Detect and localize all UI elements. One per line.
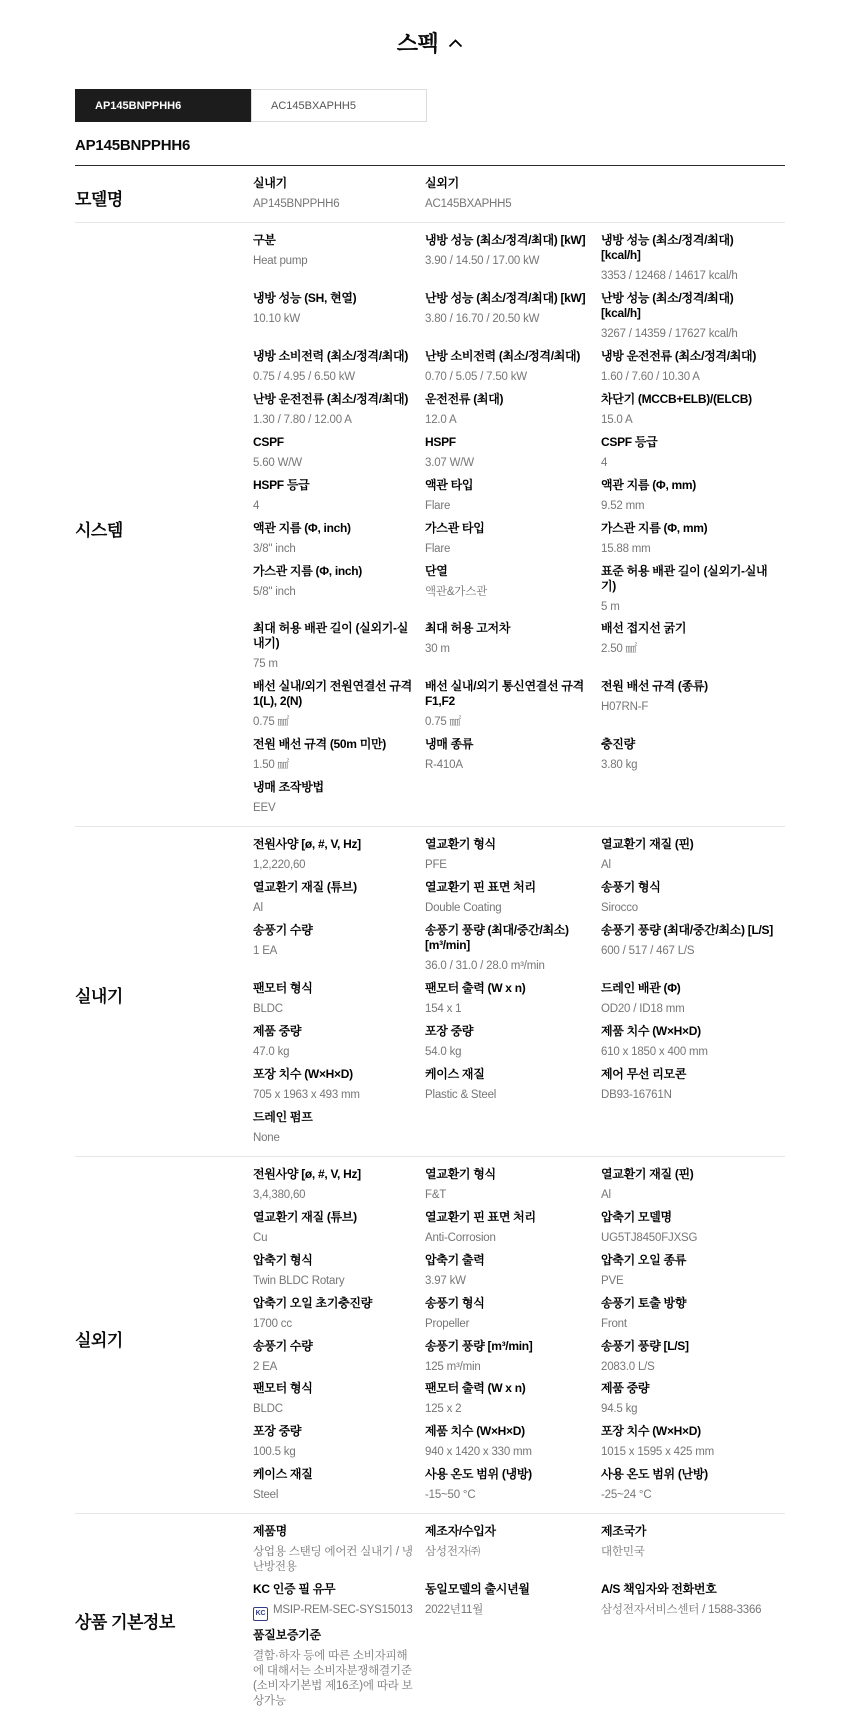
spec-item-label: 열교환기 형식 — [425, 837, 591, 852]
spec-item-value: 47.0 kg — [253, 1045, 415, 1060]
spec-item: 전원 배선 규격 (종류)H07RN-F — [601, 679, 785, 715]
spec-item-value: Al — [601, 1188, 775, 1203]
spec-item: 배선 실내/외기 통신연결선 규격 F1,F20.75 ㎟ — [425, 679, 601, 730]
spec-item: 송풍기 형식Sirocco — [601, 880, 785, 916]
spec-item-value: KCMSIP-REM-SEC-SYS15013 — [253, 1603, 415, 1621]
spec-item: 액관 타입Flare — [425, 478, 601, 514]
spec-item: 사용 온도 범위 (난방)-25~24 °C — [601, 1467, 785, 1503]
chevron-up-icon — [448, 35, 463, 53]
spec-item-value: 0.75 / 4.95 / 6.50 kW — [253, 370, 415, 385]
spec-item-value: AP145BNPPHH6 — [253, 197, 415, 212]
spec-item-value: 4 — [253, 499, 415, 514]
tab-ap145bnpphh6[interactable]: AP145BNPPHH6 — [75, 89, 251, 122]
spec-item: 운전전류 (최대)12.0 A — [425, 392, 601, 428]
spec-item-value: 2 EA — [253, 1360, 415, 1375]
spec-item: 사용 온도 범위 (냉방)-15~50 °C — [425, 1467, 601, 1503]
spec-item-value: 2022년11월 — [425, 1603, 591, 1618]
spec-item-value: UG5TJ8450FJXSG — [601, 1231, 775, 1246]
spec-item-value: 대한민국 — [601, 1545, 775, 1560]
spec-item: 난방 소비전력 (최소/정격/최대)0.70 / 5.05 / 7.50 kW — [425, 349, 601, 385]
spec-item: 냉방 성능 (최소/정격/최대) [kW]3.90 / 14.50 / 17.0… — [425, 233, 601, 269]
spec-item-label: 압축기 오일 종류 — [601, 1253, 775, 1268]
spec-item-value: 3353 / 12468 / 14617 kcal/h — [601, 269, 775, 284]
spec-item-label: HSPF — [425, 435, 591, 450]
spec-item-value: 3.90 / 14.50 / 17.00 kW — [425, 254, 591, 269]
spec-item: 압축기 오일 종류PVE — [601, 1253, 785, 1289]
spec-item: 충진량3.80 kg — [601, 737, 785, 773]
spec-item-label: 제품 치수 (W×H×D) — [425, 1424, 591, 1439]
section-label: 실내기 — [75, 982, 253, 1007]
spec-item-value: Cu — [253, 1231, 415, 1246]
spec-item: 냉방 소비전력 (최소/정격/최대)0.75 / 4.95 / 6.50 kW — [253, 349, 425, 385]
spec-item-value: 1.30 / 7.80 / 12.00 A — [253, 413, 415, 428]
spec-item-label: 품질보증기준 — [253, 1628, 415, 1643]
spec-item-label: 가스관 지름 (Φ, inch) — [253, 564, 415, 579]
section-grid: 실내기AP145BNPPHH6실외기AC145BXAPHH5 — [253, 176, 785, 219]
spec-title: 스펙 — [397, 27, 439, 58]
spec-content: AP145BNPPHH6 AC145BXAPHH5 AP145BNPPHH6 모… — [75, 89, 785, 1719]
spec-item-label: 충진량 — [601, 737, 775, 752]
spec-item-value: 1 EA — [253, 944, 415, 959]
spec-item-label: 송풍기 수량 — [253, 923, 415, 938]
spec-item-label: 송풍기 형식 — [601, 880, 775, 895]
spec-item-label: 압축기 오일 초기충진량 — [253, 1296, 415, 1311]
spec-item: HSPF 등급4 — [253, 478, 425, 514]
spec-item-value: 2083.0 L/S — [601, 1360, 775, 1375]
spec-item-empty — [425, 1628, 601, 1638]
spec-item-label: 송풍기 풍량 (최대/중간/최소) [m³/min] — [425, 923, 591, 953]
spec-item-value: 0.75 ㎟ — [253, 715, 415, 730]
spec-item-label: CSPF — [253, 435, 415, 450]
spec-item-value: 30 m — [425, 642, 591, 657]
spec-item: 냉매 종류R-410A — [425, 737, 601, 773]
spec-item-label: 액관 지름 (Φ, mm) — [601, 478, 775, 493]
spec-page: 스펙 AP145BNPPHH6 AC145BXAPHH5 AP145BNPPHH… — [0, 0, 860, 1719]
spec-item-label: 제조자/수입자 — [425, 1524, 591, 1539]
spec-item-value: BLDC — [253, 1002, 415, 1017]
spec-item-value: Front — [601, 1317, 775, 1332]
spec-item-value: 1015 x 1595 x 425 mm — [601, 1445, 775, 1460]
spec-item-value: 3/8" inch — [253, 542, 415, 557]
spec-item-label: 액관 지름 (Φ, inch) — [253, 521, 415, 536]
spec-item-label: 케이스 재질 — [425, 1067, 591, 1082]
spec-item-value: 삼성전자㈜ — [425, 1545, 591, 1560]
spec-item-value: 결함·하자 등에 따른 소비자피해에 대해서는 소비자분쟁해결기준(소비자기본법… — [253, 1649, 415, 1709]
spec-item-value: 610 x 1850 x 400 mm — [601, 1045, 775, 1060]
spec-item-value: 5.60 W/W — [253, 456, 415, 471]
spec-item-value: 600 / 517 / 467 L/S — [601, 944, 775, 959]
spec-item-value: None — [253, 1131, 415, 1146]
spec-item-label: HSPF 등급 — [253, 478, 415, 493]
spec-item: CSPF 등급4 — [601, 435, 785, 471]
spec-item: KC 인증 필 유무KCMSIP-REM-SEC-SYS15013 — [253, 1582, 425, 1621]
spec-item: 드레인 펌프None — [253, 1110, 425, 1146]
spec-item-value: 10.10 kW — [253, 312, 415, 327]
spec-item: 냉방 성능 (최소/정격/최대) [kcal/h]3353 / 12468 / … — [601, 233, 785, 284]
spec-item: 포장 중량54.0 kg — [425, 1024, 601, 1060]
spec-item-value: 1,2,220,60 — [253, 858, 415, 873]
spec-item-label: 구분 — [253, 233, 415, 248]
spec-item-label: 포장 치수 (W×H×D) — [601, 1424, 775, 1439]
spec-item: 난방 성능 (최소/정격/최대) [kcal/h]3267 / 14359 / … — [601, 291, 785, 342]
section-label: 모델명 — [75, 185, 253, 210]
spec-item-value: 상업용 스탠딩 에어컨 실내기 / 냉난방전용 — [253, 1545, 415, 1575]
spec-section: 모델명실내기AP145BNPPHH6실외기AC145BXAPHH5 — [75, 166, 785, 223]
spec-item-label: 액관 타입 — [425, 478, 591, 493]
spec-item: 케이스 재질Plastic & Steel — [425, 1067, 601, 1103]
spec-item-label: 송풍기 토출 방향 — [601, 1296, 775, 1311]
spec-item: 열교환기 재질 (핀)Al — [601, 837, 785, 873]
spec-item-label: 가스관 타입 — [425, 521, 591, 536]
spec-item-value: 1.60 / 7.60 / 10.30 A — [601, 370, 775, 385]
spec-item: HSPF3.07 W/W — [425, 435, 601, 471]
spec-item-value: 100.5 kg — [253, 1445, 415, 1460]
spec-item-label: 전원 배선 규격 (종류) — [601, 679, 775, 694]
spec-item: 열교환기 형식F&T — [425, 1167, 601, 1203]
spec-item-label: 송풍기 풍량 [m³/min] — [425, 1339, 591, 1354]
spec-item: 가스관 지름 (Φ, inch)5/8" inch — [253, 564, 425, 600]
spec-item-label: A/S 책임자와 전화번호 — [601, 1582, 775, 1597]
spec-item-label: 열교환기 재질 (튜브) — [253, 880, 415, 895]
spec-item-value: 36.0 / 31.0 / 28.0 m³/min — [425, 959, 591, 974]
spec-item-label: 압축기 모델명 — [601, 1210, 775, 1225]
spec-item: 열교환기 핀 표면 처리Double Coating — [425, 880, 601, 916]
kc-certification-icon: KC — [253, 1607, 268, 1621]
spec-item: 전원사양 [ø, #, V, Hz]3,4,380,60 — [253, 1167, 425, 1203]
spec-item-label: 실외기 — [425, 176, 591, 191]
spec-item-label: 냉매 조작방법 — [253, 780, 415, 795]
spec-section: 실내기전원사양 [ø, #, V, Hz]1,2,220,60열교환기 형식PF… — [75, 827, 785, 1157]
spec-item: 팬모터 출력 (W x n)154 x 1 — [425, 981, 601, 1017]
spec-item-label: 가스관 지름 (Φ, mm) — [601, 521, 775, 536]
spec-item-label: 냉방 성능 (최소/정격/최대) [kcal/h] — [601, 233, 775, 263]
spec-item-label: 압축기 출력 — [425, 1253, 591, 1268]
spec-item-label: 냉매 종류 — [425, 737, 591, 752]
spec-item-empty — [601, 780, 785, 790]
spec-item-value: 5 m — [601, 600, 775, 615]
spec-item-empty — [601, 176, 785, 186]
spec-item: 냉방 성능 (SH, 현열)10.10 kW — [253, 291, 425, 327]
spec-item-value: 94.5 kg — [601, 1402, 775, 1417]
spec-item: 송풍기 풍량 (최대/중간/최소) [L/S]600 / 517 / 467 L… — [601, 923, 785, 959]
spec-item-label: 동일모델의 출시년월 — [425, 1582, 591, 1597]
spec-item-value: Al — [253, 901, 415, 916]
spec-item-value: OD20 / ID18 mm — [601, 1002, 775, 1017]
spec-item-value: 54.0 kg — [425, 1045, 591, 1060]
spec-item-value: PVE — [601, 1274, 775, 1289]
spec-item-label: 운전전류 (최대) — [425, 392, 591, 407]
spec-section: 시스템구분Heat pump냉방 성능 (최소/정격/최대) [kW]3.90 … — [75, 223, 785, 827]
spec-item-value: 3.80 kg — [601, 758, 775, 773]
spec-item: 케이스 재질Steel — [253, 1467, 425, 1503]
section-grid: 제품명상업용 스탠딩 에어컨 실내기 / 냉난방전용제조자/수입자삼성전자㈜제조… — [253, 1524, 785, 1716]
spec-item: 전원 배선 규격 (50m 미만)1.50 ㎟ — [253, 737, 425, 773]
spec-item: 실내기AP145BNPPHH6 — [253, 176, 425, 212]
spec-item-value: 15.88 mm — [601, 542, 775, 557]
spec-item-label: 팬모터 출력 (W x n) — [425, 981, 591, 996]
spec-sections: 모델명실내기AP145BNPPHH6실외기AC145BXAPHH5시스템구분He… — [75, 166, 785, 1719]
spec-item-label: 난방 소비전력 (최소/정격/최대) — [425, 349, 591, 364]
spec-item: 냉방 운전전류 (최소/정격/최대)1.60 / 7.60 / 10.30 A — [601, 349, 785, 385]
spec-item: 송풍기 토출 방향Front — [601, 1296, 785, 1332]
spec-item-label: 난방 운전전류 (최소/정격/최대) — [253, 392, 415, 407]
spec-item-value: 0.75 ㎟ — [425, 715, 591, 730]
spec-item-empty — [601, 1110, 785, 1120]
spec-item: CSPF5.60 W/W — [253, 435, 425, 471]
spec-item: 실외기AC145BXAPHH5 — [425, 176, 601, 212]
spec-item-value: -15~50 °C — [425, 1488, 591, 1503]
spec-item-value: 3.80 / 16.70 / 20.50 kW — [425, 312, 591, 327]
spec-item-value: Twin BLDC Rotary — [253, 1274, 415, 1289]
spec-item-label: 열교환기 재질 (핀) — [601, 837, 775, 852]
spec-item-value: 3.97 kW — [425, 1274, 591, 1289]
spec-item: 열교환기 재질 (튜브)Al — [253, 880, 425, 916]
spec-item-label: 압축기 형식 — [253, 1253, 415, 1268]
spec-item-value: -25~24 °C — [601, 1488, 775, 1503]
spec-item: 제조국가대한민국 — [601, 1524, 785, 1560]
spec-item-value: 125 m³/min — [425, 1360, 591, 1375]
spec-item-label: 제조국가 — [601, 1524, 775, 1539]
spec-item-label: 배선 접지선 굵기 — [601, 621, 775, 636]
spec-item-value: 125 x 2 — [425, 1402, 591, 1417]
spec-item: 표준 허용 배관 길이 (실외기-실내기)5 m — [601, 564, 785, 615]
spec-item-value: DB93-16761N — [601, 1088, 775, 1103]
spec-item-value: Flare — [425, 499, 591, 514]
spec-item: 압축기 모델명UG5TJ8450FJXSG — [601, 1210, 785, 1246]
spec-item-value: 삼성전자서비스센터 / 1588-3366 — [601, 1603, 775, 1618]
spec-item-value: Steel — [253, 1488, 415, 1503]
spec-item-value: R-410A — [425, 758, 591, 773]
spec-item: 제품명상업용 스탠딩 에어컨 실내기 / 냉난방전용 — [253, 1524, 425, 1575]
spec-item: 난방 성능 (최소/정격/최대) [kW]3.80 / 16.70 / 20.5… — [425, 291, 601, 327]
spec-item-value: 액관&가스관 — [425, 585, 591, 600]
spec-accordion-toggle[interactable]: 스펙 — [0, 0, 860, 58]
spec-item-label: 배선 실내/외기 통신연결선 규격 F1,F2 — [425, 679, 591, 709]
spec-item: 압축기 출력3.97 kW — [425, 1253, 601, 1289]
spec-item-label: 배선 실내/외기 전원연결선 규격1(L), 2(N) — [253, 679, 415, 709]
spec-item-label: 포장 중량 — [253, 1424, 415, 1439]
spec-item-value: Flare — [425, 542, 591, 557]
spec-item-label: 열교환기 핀 표면 처리 — [425, 1210, 591, 1225]
spec-item-label: 차단기 (MCCB+ELB)/(ELCB) — [601, 392, 775, 407]
spec-item-label: 팬모터 출력 (W x n) — [425, 1381, 591, 1396]
spec-item-label: 냉방 성능 (SH, 현열) — [253, 291, 415, 306]
spec-item-label: 팬모터 형식 — [253, 1381, 415, 1396]
spec-item-label: 송풍기 풍량 (최대/중간/최소) [L/S] — [601, 923, 775, 938]
spec-item: 제품 중량94.5 kg — [601, 1381, 785, 1417]
spec-item-value: 2.50 ㎟ — [601, 642, 775, 657]
spec-item-label: 제품명 — [253, 1524, 415, 1539]
spec-item-value: Propeller — [425, 1317, 591, 1332]
spec-item: A/S 책임자와 전화번호삼성전자서비스센터 / 1588-3366 — [601, 1582, 785, 1618]
spec-item: 열교환기 핀 표면 처리Anti-Corrosion — [425, 1210, 601, 1246]
spec-item-label: 열교환기 형식 — [425, 1167, 591, 1182]
spec-item: 전원사양 [ø, #, V, Hz]1,2,220,60 — [253, 837, 425, 873]
spec-item-value: 4 — [601, 456, 775, 471]
spec-item-label: 단열 — [425, 564, 591, 579]
spec-item: 압축기 오일 초기충진량1700 cc — [253, 1296, 425, 1332]
spec-item-value: Plastic & Steel — [425, 1088, 591, 1103]
spec-item-label: KC 인증 필 유무 — [253, 1582, 415, 1597]
spec-item: 제어 무선 리모콘DB93-16761N — [601, 1067, 785, 1103]
spec-item-label: 열교환기 핀 표면 처리 — [425, 880, 591, 895]
spec-item: 액관 지름 (Φ, inch)3/8" inch — [253, 521, 425, 557]
spec-item-label: 드레인 펌프 — [253, 1110, 415, 1125]
spec-item: 송풍기 풍량 (최대/중간/최소) [m³/min]36.0 / 31.0 / … — [425, 923, 601, 974]
spec-item-value: 15.0 A — [601, 413, 775, 428]
spec-item-label: 포장 치수 (W×H×D) — [253, 1067, 415, 1082]
spec-item-value: Heat pump — [253, 254, 415, 269]
section-grid: 구분Heat pump냉방 성능 (최소/정격/최대) [kW]3.90 / 1… — [253, 233, 785, 823]
spec-item: 가스관 지름 (Φ, mm)15.88 mm — [601, 521, 785, 557]
spec-item: 팬모터 형식BLDC — [253, 1381, 425, 1417]
spec-item: 열교환기 형식PFE — [425, 837, 601, 873]
spec-item-empty — [425, 1110, 601, 1120]
spec-item-value: 3.07 W/W — [425, 456, 591, 471]
spec-item: 송풍기 형식Propeller — [425, 1296, 601, 1332]
spec-item-label: 냉방 성능 (최소/정격/최대) [kW] — [425, 233, 591, 248]
spec-item: 송풍기 수량1 EA — [253, 923, 425, 959]
spec-item: 포장 치수 (W×H×D)705 x 1963 x 493 mm — [253, 1067, 425, 1103]
spec-item: 제품 중량47.0 kg — [253, 1024, 425, 1060]
spec-item-label: 제품 치수 (W×H×D) — [601, 1024, 775, 1039]
tab-ac145bxaphh5[interactable]: AC145BXAPHH5 — [251, 89, 427, 122]
spec-item-label: 열교환기 재질 (핀) — [601, 1167, 775, 1182]
section-grid: 전원사양 [ø, #, V, Hz]1,2,220,60열교환기 형식PFE열교… — [253, 837, 785, 1153]
spec-item: 열교환기 재질 (튜브)Cu — [253, 1210, 425, 1246]
spec-item-value: 3,4,380,60 — [253, 1188, 415, 1203]
spec-item: 열교환기 재질 (핀)Al — [601, 1167, 785, 1203]
spec-item-value: 705 x 1963 x 493 mm — [253, 1088, 415, 1103]
kc-certification-number: MSIP-REM-SEC-SYS15013 — [273, 1604, 413, 1616]
spec-item-label: 송풍기 형식 — [425, 1296, 591, 1311]
spec-item-value: 154 x 1 — [425, 1002, 591, 1017]
spec-item-value: 1.50 ㎟ — [253, 758, 415, 773]
spec-item-value: PFE — [425, 858, 591, 873]
spec-item-label: 전원 배선 규격 (50m 미만) — [253, 737, 415, 752]
spec-item: 난방 운전전류 (최소/정격/최대)1.30 / 7.80 / 12.00 A — [253, 392, 425, 428]
spec-item-label: 열교환기 재질 (튜브) — [253, 1210, 415, 1225]
spec-item: 팬모터 형식BLDC — [253, 981, 425, 1017]
spec-item-label: 송풍기 풍량 [L/S] — [601, 1339, 775, 1354]
spec-item: 단열액관&가스관 — [425, 564, 601, 600]
spec-item: 최대 허용 배관 길이 (실외기-실내기)75 m — [253, 621, 425, 672]
spec-item: 최대 허용 고저차30 m — [425, 621, 601, 657]
spec-item-label: 드레인 배관 (Φ) — [601, 981, 775, 996]
spec-item: 드레인 배관 (Φ)OD20 / ID18 mm — [601, 981, 785, 1017]
spec-item-label: 냉방 소비전력 (최소/정격/최대) — [253, 349, 415, 364]
spec-item-value: F&T — [425, 1188, 591, 1203]
spec-item-empty — [425, 780, 601, 790]
spec-section: 실외기전원사양 [ø, #, V, Hz]3,4,380,60열교환기 형식F&… — [75, 1157, 785, 1515]
spec-item-value: Anti-Corrosion — [425, 1231, 591, 1246]
spec-section: 상품 기본정보제품명상업용 스탠딩 에어컨 실내기 / 냉난방전용제조자/수입자… — [75, 1514, 785, 1719]
spec-item-label: 난방 성능 (최소/정격/최대) [kcal/h] — [601, 291, 775, 321]
spec-item-label: 제어 무선 리모콘 — [601, 1067, 775, 1082]
spec-item-label: 전원사양 [ø, #, V, Hz] — [253, 837, 415, 852]
spec-item-value: Sirocco — [601, 901, 775, 916]
spec-item-value: 3267 / 14359 / 17627 kcal/h — [601, 327, 775, 342]
model-tabs: AP145BNPPHH6 AC145BXAPHH5 — [75, 89, 785, 122]
spec-item-label: 송풍기 수량 — [253, 1339, 415, 1354]
spec-item-value: 1700 cc — [253, 1317, 415, 1332]
spec-item-value: EEV — [253, 801, 415, 816]
spec-item: 가스관 타입Flare — [425, 521, 601, 557]
spec-item-label: 사용 온도 범위 (냉방) — [425, 1467, 591, 1482]
spec-item-label: 표준 허용 배관 길이 (실외기-실내기) — [601, 564, 775, 594]
spec-item: 포장 중량100.5 kg — [253, 1424, 425, 1460]
spec-item: 액관 지름 (Φ, mm)9.52 mm — [601, 478, 785, 514]
spec-item: 팬모터 출력 (W x n)125 x 2 — [425, 1381, 601, 1417]
spec-item-label: 케이스 재질 — [253, 1467, 415, 1482]
spec-item: 동일모델의 출시년월2022년11월 — [425, 1582, 601, 1618]
spec-item-label: 실내기 — [253, 176, 415, 191]
section-label: 시스템 — [75, 516, 253, 541]
spec-item: 포장 치수 (W×H×D)1015 x 1595 x 425 mm — [601, 1424, 785, 1460]
spec-item: 송풍기 수량2 EA — [253, 1339, 425, 1375]
spec-item: 제품 치수 (W×H×D)940 x 1420 x 330 mm — [425, 1424, 601, 1460]
spec-item-label: 전원사양 [ø, #, V, Hz] — [253, 1167, 415, 1182]
spec-item-value: Al — [601, 858, 775, 873]
section-label: 실외기 — [75, 1326, 253, 1351]
spec-item-label: 최대 허용 배관 길이 (실외기-실내기) — [253, 621, 415, 651]
spec-item-value: H07RN-F — [601, 700, 775, 715]
spec-item: 배선 실내/외기 전원연결선 규격1(L), 2(N)0.75 ㎟ — [253, 679, 425, 730]
spec-item-value: 5/8" inch — [253, 585, 415, 600]
spec-item: 제품 치수 (W×H×D)610 x 1850 x 400 mm — [601, 1024, 785, 1060]
spec-item-label: 포장 중량 — [425, 1024, 591, 1039]
spec-item-value: 12.0 A — [425, 413, 591, 428]
section-grid: 전원사양 [ø, #, V, Hz]3,4,380,60열교환기 형식F&T열교… — [253, 1167, 785, 1511]
spec-item: 제조자/수입자삼성전자㈜ — [425, 1524, 601, 1560]
spec-item-value: 75 m — [253, 657, 415, 672]
spec-item: 차단기 (MCCB+ELB)/(ELCB)15.0 A — [601, 392, 785, 428]
spec-item: 품질보증기준결함·하자 등에 따른 소비자피해에 대해서는 소비자분쟁해결기준(… — [253, 1628, 425, 1709]
spec-item-value: AC145BXAPHH5 — [425, 197, 591, 212]
spec-item-label: 사용 온도 범위 (난방) — [601, 1467, 775, 1482]
spec-item-label: 제품 중량 — [253, 1024, 415, 1039]
spec-item: 송풍기 풍량 [L/S]2083.0 L/S — [601, 1339, 785, 1375]
spec-item-label: 난방 성능 (최소/정격/최대) [kW] — [425, 291, 591, 306]
spec-item: 구분Heat pump — [253, 233, 425, 269]
spec-item-value: 0.70 / 5.05 / 7.50 kW — [425, 370, 591, 385]
spec-item-label: 최대 허용 고저차 — [425, 621, 591, 636]
spec-item: 압축기 형식Twin BLDC Rotary — [253, 1253, 425, 1289]
spec-item: 냉매 조작방법EEV — [253, 780, 425, 816]
spec-item-value: 940 x 1420 x 330 mm — [425, 1445, 591, 1460]
spec-item-label: 냉방 운전전류 (최소/정격/최대) — [601, 349, 775, 364]
model-heading: AP145BNPPHH6 — [75, 137, 785, 166]
spec-item-label: 팬모터 형식 — [253, 981, 415, 996]
section-label: 상품 기본정보 — [75, 1608, 253, 1633]
spec-item-label: CSPF 등급 — [601, 435, 775, 450]
spec-item-value: Double Coating — [425, 901, 591, 916]
spec-item-label: 제품 중량 — [601, 1381, 775, 1396]
spec-item-value: BLDC — [253, 1402, 415, 1417]
spec-item: 배선 접지선 굵기2.50 ㎟ — [601, 621, 785, 657]
spec-item: 송풍기 풍량 [m³/min]125 m³/min — [425, 1339, 601, 1375]
spec-item-empty — [601, 1628, 785, 1638]
spec-item-value: 9.52 mm — [601, 499, 775, 514]
